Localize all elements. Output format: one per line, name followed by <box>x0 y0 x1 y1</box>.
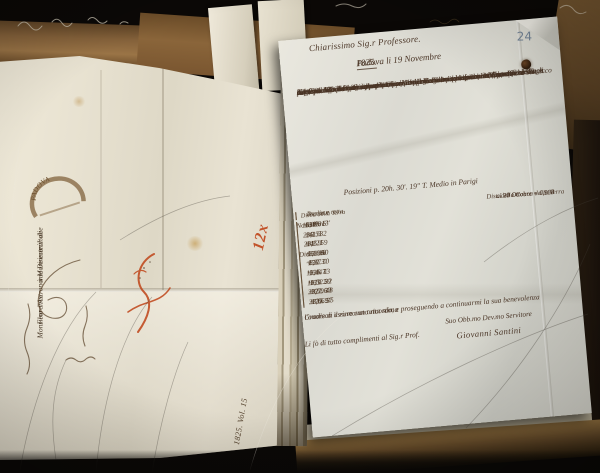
envelope-page: à Monsieur Monsieur l'Astronome Directeu… <box>0 56 294 460</box>
archive-photo: à Monsieur Monsieur l'Astronome Directeu… <box>0 0 600 473</box>
dateline-year: 1825. <box>356 56 377 70</box>
ink-flourish <box>8 248 108 388</box>
letter-page: Chiarissimo Sig.r Professore. Padova li … <box>278 17 592 438</box>
red-paraph-mark <box>114 248 184 344</box>
ephemeris-table: Ascens.e retta Declin.e Dist.a dalla Ter… <box>295 187 509 308</box>
postage-due-mark: 12x <box>250 222 273 252</box>
bottom-shadow <box>0 450 600 473</box>
salutation: Chiarissimo Sig.r Professore. <box>309 34 422 54</box>
paper-stain <box>186 236 204 251</box>
signature: Giovanni Santini <box>456 325 522 341</box>
paper-crease <box>516 20 554 417</box>
paper-stain <box>72 96 86 107</box>
page-number: 24 <box>517 29 533 43</box>
